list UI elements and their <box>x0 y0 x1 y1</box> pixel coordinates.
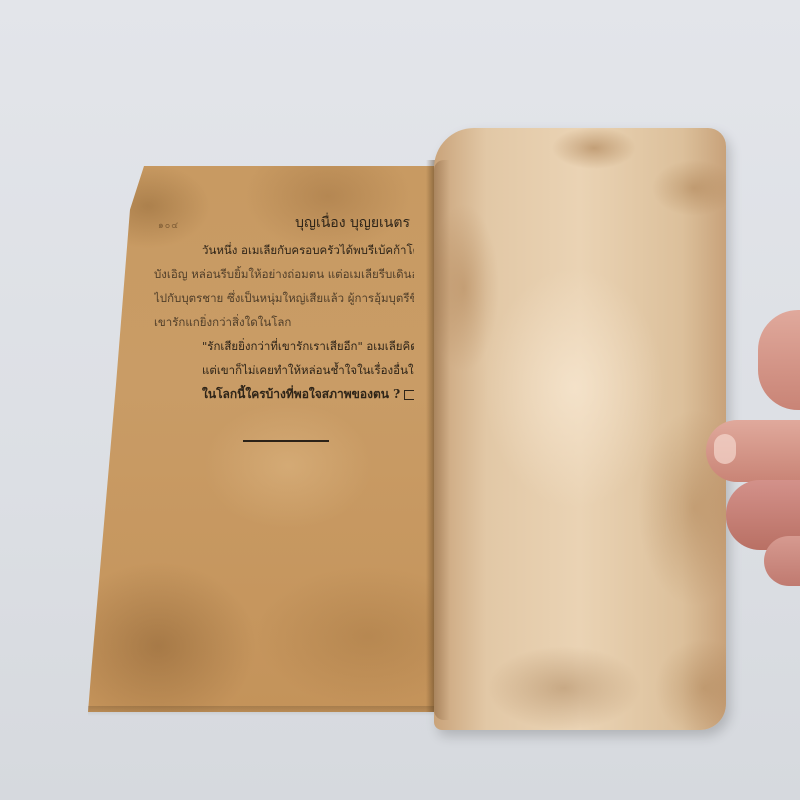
page-curl-edge <box>434 160 450 720</box>
text-line: แต่เขาก็ไม่เคยทำให้หล่อนช้ำใจในเรื่องอื่… <box>154 358 414 382</box>
hand-holding-page <box>700 300 800 590</box>
ring-finger <box>764 536 800 586</box>
text-line-final: ในโลกนี้ใครบ้างที่พอใจสภาพของตน ? <box>154 382 414 406</box>
page-number: ๑๐๔ <box>158 218 179 232</box>
index-finger <box>758 310 800 410</box>
final-sentence: ในโลกนี้ใครบ้างที่พอใจสภาพของตน ? <box>202 387 400 401</box>
end-of-chapter-square-icon <box>404 390 414 400</box>
thumb <box>706 420 800 482</box>
left-book-page: ๑๐๔ บุญเนื่อง บุญยเนตร วันหนึ่ง อเมเลียก… <box>88 166 438 712</box>
text-line: ไปกับบุตรชาย ซึ่งเป็นหนุ่มใหญ่เสียแล้ว ผ… <box>154 286 414 310</box>
text-line: บังเอิญ หล่อนรีบยิ้มให้อย่างถ่อมตน แต่อเ… <box>154 262 414 286</box>
text-line: วันหนึ่ง อเมเลียกับครอบครัวได้พบรีเบ้คก้… <box>154 238 414 262</box>
text-line: "รักเสียยิ่งกว่าที่เขารักเราเสียอีก" อเม… <box>154 334 414 358</box>
section-divider-rule <box>243 440 329 442</box>
thumbnail <box>714 434 736 464</box>
page-text-block: วันหนึ่ง อเมเลียกับครอบครัวได้พบรีเบ้คก้… <box>154 238 414 406</box>
page-shadow <box>88 706 438 716</box>
text-line: เขารักแกยิ่งกว่าสิ่งใดในโลก <box>154 310 414 334</box>
running-header-author: บุญเนื่อง บุญยเนตร <box>295 212 410 234</box>
photo-scene: ๑๐๔ บุญเนื่อง บุญยเนตร วันหนึ่ง อเมเลียก… <box>0 0 800 800</box>
right-book-page-blank[interactable] <box>434 128 726 730</box>
